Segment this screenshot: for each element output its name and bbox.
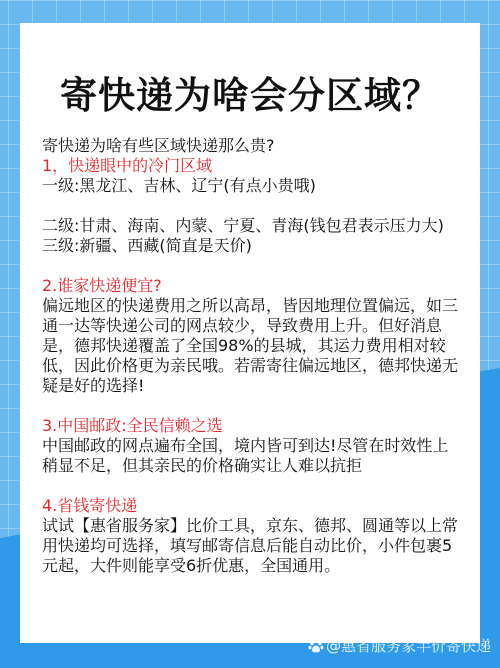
watermark: @惠省服务家半价寄快递: [308, 635, 491, 656]
section-2-heading: 2.谁家快递便宜?: [42, 276, 462, 296]
section-1-line-1: 一级:黑龙江、吉林、辽宁(有点小贵哦): [42, 176, 462, 196]
section-1-line-3: 三级:新疆、西藏(简直是天价): [42, 236, 462, 256]
page-title: 寄快递为啥会分区域？: [20, 73, 480, 119]
section-4-body: 试试【惠省服务家】比价工具，京东、德邦、圆通等以上常用快递均可选择，填写邮寄信息…: [42, 516, 462, 576]
article-body: 寄快递为啥有些区域快递那么贵? 1，快递眼中的冷门区域 一级:黑龙江、吉林、辽宁…: [42, 136, 462, 576]
section-3-heading: 3.中国邮政:全民信赖之选: [42, 416, 462, 436]
section-2-body: 偏远地区的快递费用之所以高昂，皆因地理位置偏远，如三通一达等快递公司的网点较少，…: [42, 296, 462, 396]
spacer: [42, 196, 462, 216]
section-3-body: 中国邮政的网点遍布全国，境内皆可到达!尽管在时效性上稍显不足，但其亲民的价格确实…: [42, 436, 462, 476]
watermark-text: @惠省服务家半价寄快递: [326, 635, 491, 656]
section-4-heading: 4.省钱寄快递: [42, 496, 462, 516]
spacer: [42, 476, 462, 496]
spacer: [42, 256, 462, 276]
paw-icon: [308, 638, 324, 654]
intro-text: 寄快递为啥有些区域快递那么贵?: [42, 136, 462, 156]
section-1-line-2: 二级:甘肃、海南、内蒙、宁夏、青海(钱包君表示压力大): [42, 216, 462, 236]
content-card: 寄快递为啥会分区域？ 寄快递为啥有些区域快递那么贵? 1，快递眼中的冷门区域 一…: [20, 23, 480, 643]
section-1-heading: 1，快递眼中的冷门区域: [42, 156, 462, 176]
spacer: [42, 396, 462, 416]
